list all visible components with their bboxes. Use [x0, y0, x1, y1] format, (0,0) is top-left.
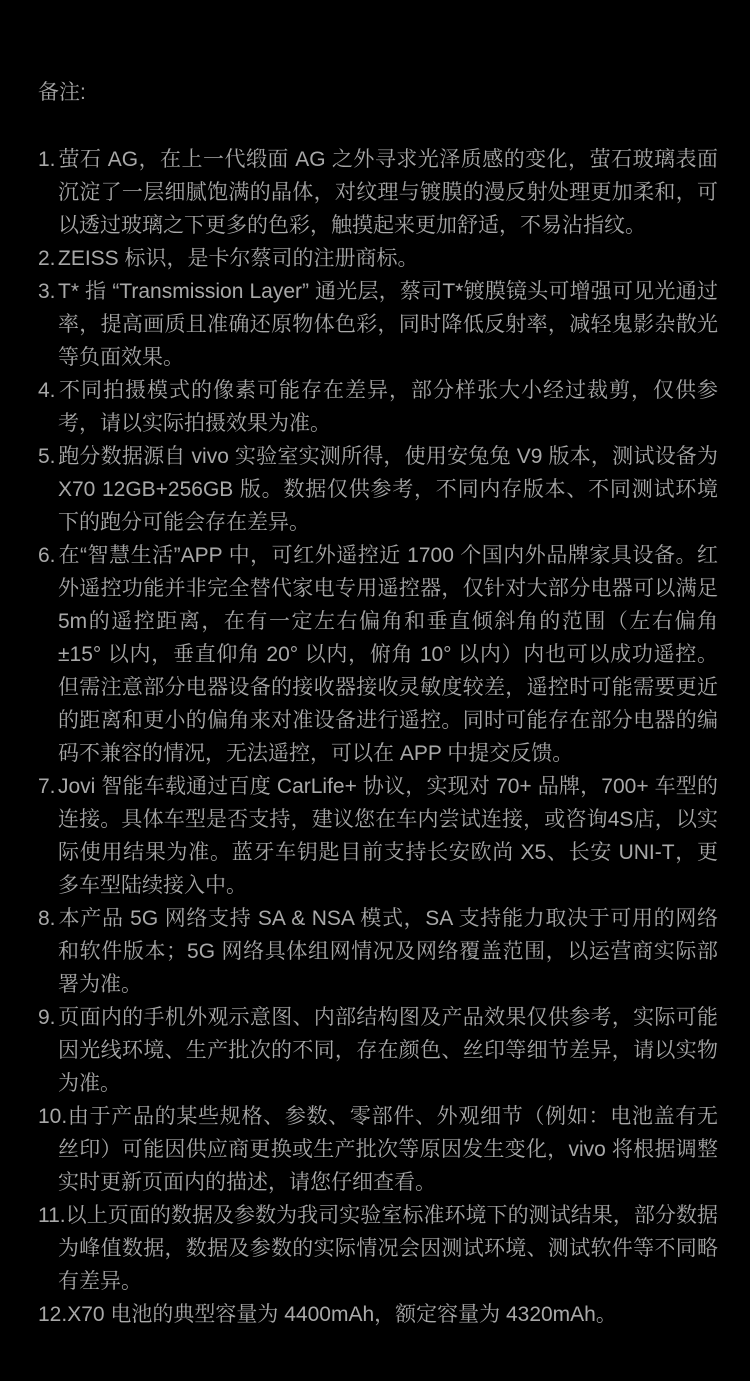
item-text: 以上页面的数据及参数为我司实验室标准环境下的测试结果，部分数据为峰值数据，数据及…: [58, 1204, 718, 1293]
item-text: 本产品 5G 网络支持 SA & NSA 模式，SA 支持能力取决于可用的网络和…: [58, 907, 718, 996]
list-item: 8.本产品 5G 网络支持 SA & NSA 模式，SA 支持能力取决于可用的网…: [58, 902, 718, 1001]
item-text: 在“智慧生活”APP 中，可红外遥控近 1700 个国内外品牌家具设备。红外遥控…: [58, 544, 718, 765]
item-number: 1.: [38, 143, 58, 176]
list-item: 7.Jovi 智能车载通过百度 CarLife+ 协议，实现对 70+ 品牌，7…: [58, 770, 718, 902]
list-item: 5.跑分数据源自 vivo 实验室实测所得，使用安兔兔 V9 版本，测试设备为 …: [58, 440, 718, 539]
item-text: 萤石 AG，在上一代缎面 AG 之外寻求光泽质感的变化，萤石玻璃表面沉淀了一层细…: [58, 148, 718, 237]
item-text: 跑分数据源自 vivo 实验室实测所得，使用安兔兔 V9 版本，测试设备为 X7…: [58, 445, 718, 534]
item-number: 3.: [38, 275, 58, 308]
list-item: 3.T* 指 “Transmission Layer” 通光层，蔡司T*镀膜镜头…: [58, 275, 718, 374]
list-item: 10.由于产品的某些规格、参数、零部件、外观细节（例如：电池盖有无丝印）可能因供…: [58, 1100, 718, 1199]
notes-heading: 备注:: [38, 81, 718, 105]
item-text: T* 指 “Transmission Layer” 通光层，蔡司T*镀膜镜头可增…: [58, 280, 718, 369]
list-item: 12.X70 电池的典型容量为 4400mAh，额定容量为 4320mAh。: [58, 1298, 718, 1331]
item-number: 7.: [38, 770, 58, 803]
item-number: 5.: [38, 440, 58, 473]
item-text: X70 电池的典型容量为 4400mAh，额定容量为 4320mAh。: [67, 1303, 617, 1326]
item-number: 4.: [38, 374, 58, 407]
item-number: 10.: [38, 1100, 67, 1133]
notes-section: 备注: 1.萤石 AG，在上一代缎面 AG 之外寻求光泽质感的变化，萤石玻璃表面…: [0, 0, 750, 1381]
item-number: 2.: [38, 242, 58, 275]
item-text: 页面内的手机外观示意图、内部结构图及产品效果仅供参考，实际可能因光线环境、生产批…: [58, 1006, 718, 1095]
item-number: 8.: [38, 902, 58, 935]
item-text: Jovi 智能车载通过百度 CarLife+ 协议，实现对 70+ 品牌，700…: [58, 775, 718, 897]
list-item: 11.以上页面的数据及参数为我司实验室标准环境下的测试结果，部分数据为峰值数据，…: [58, 1199, 718, 1298]
item-number: 11.: [38, 1199, 66, 1232]
list-item: 1.萤石 AG，在上一代缎面 AG 之外寻求光泽质感的变化，萤石玻璃表面沉淀了一…: [58, 143, 718, 242]
list-item: 2.ZEISS 标识，是卡尔蔡司的注册商标。: [58, 242, 718, 275]
notes-list: 1.萤石 AG，在上一代缎面 AG 之外寻求光泽质感的变化，萤石玻璃表面沉淀了一…: [38, 143, 718, 1331]
item-number: 9.: [38, 1001, 58, 1034]
list-item: 4.不同拍摄模式的像素可能存在差异，部分样张大小经过裁剪，仅供参考，请以实际拍摄…: [58, 374, 718, 440]
item-number: 6.: [38, 539, 58, 572]
item-text: 不同拍摄模式的像素可能存在差异，部分样张大小经过裁剪，仅供参考，请以实际拍摄效果…: [58, 379, 718, 435]
item-text: ZEISS 标识，是卡尔蔡司的注册商标。: [58, 247, 419, 270]
list-item: 9.页面内的手机外观示意图、内部结构图及产品效果仅供参考，实际可能因光线环境、生…: [58, 1001, 718, 1100]
item-text: 由于产品的某些规格、参数、零部件、外观细节（例如：电池盖有无丝印）可能因供应商更…: [58, 1105, 718, 1194]
item-number: 12.: [38, 1298, 67, 1331]
list-item: 6.在“智慧生活”APP 中，可红外遥控近 1700 个国内外品牌家具设备。红外…: [58, 539, 718, 770]
